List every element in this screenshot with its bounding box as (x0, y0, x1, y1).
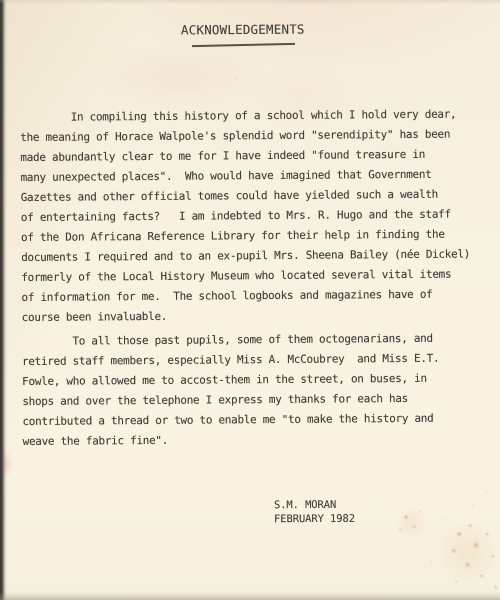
scan-edge-bottom (0, 592, 500, 600)
scanned-document-page: ACKNOWLEDGEMENTS In compiling this histo… (0, 0, 500, 600)
scan-edge-left (0, 0, 7, 600)
scan-edge-top (0, 0, 500, 4)
foxing-stain (364, 464, 500, 600)
